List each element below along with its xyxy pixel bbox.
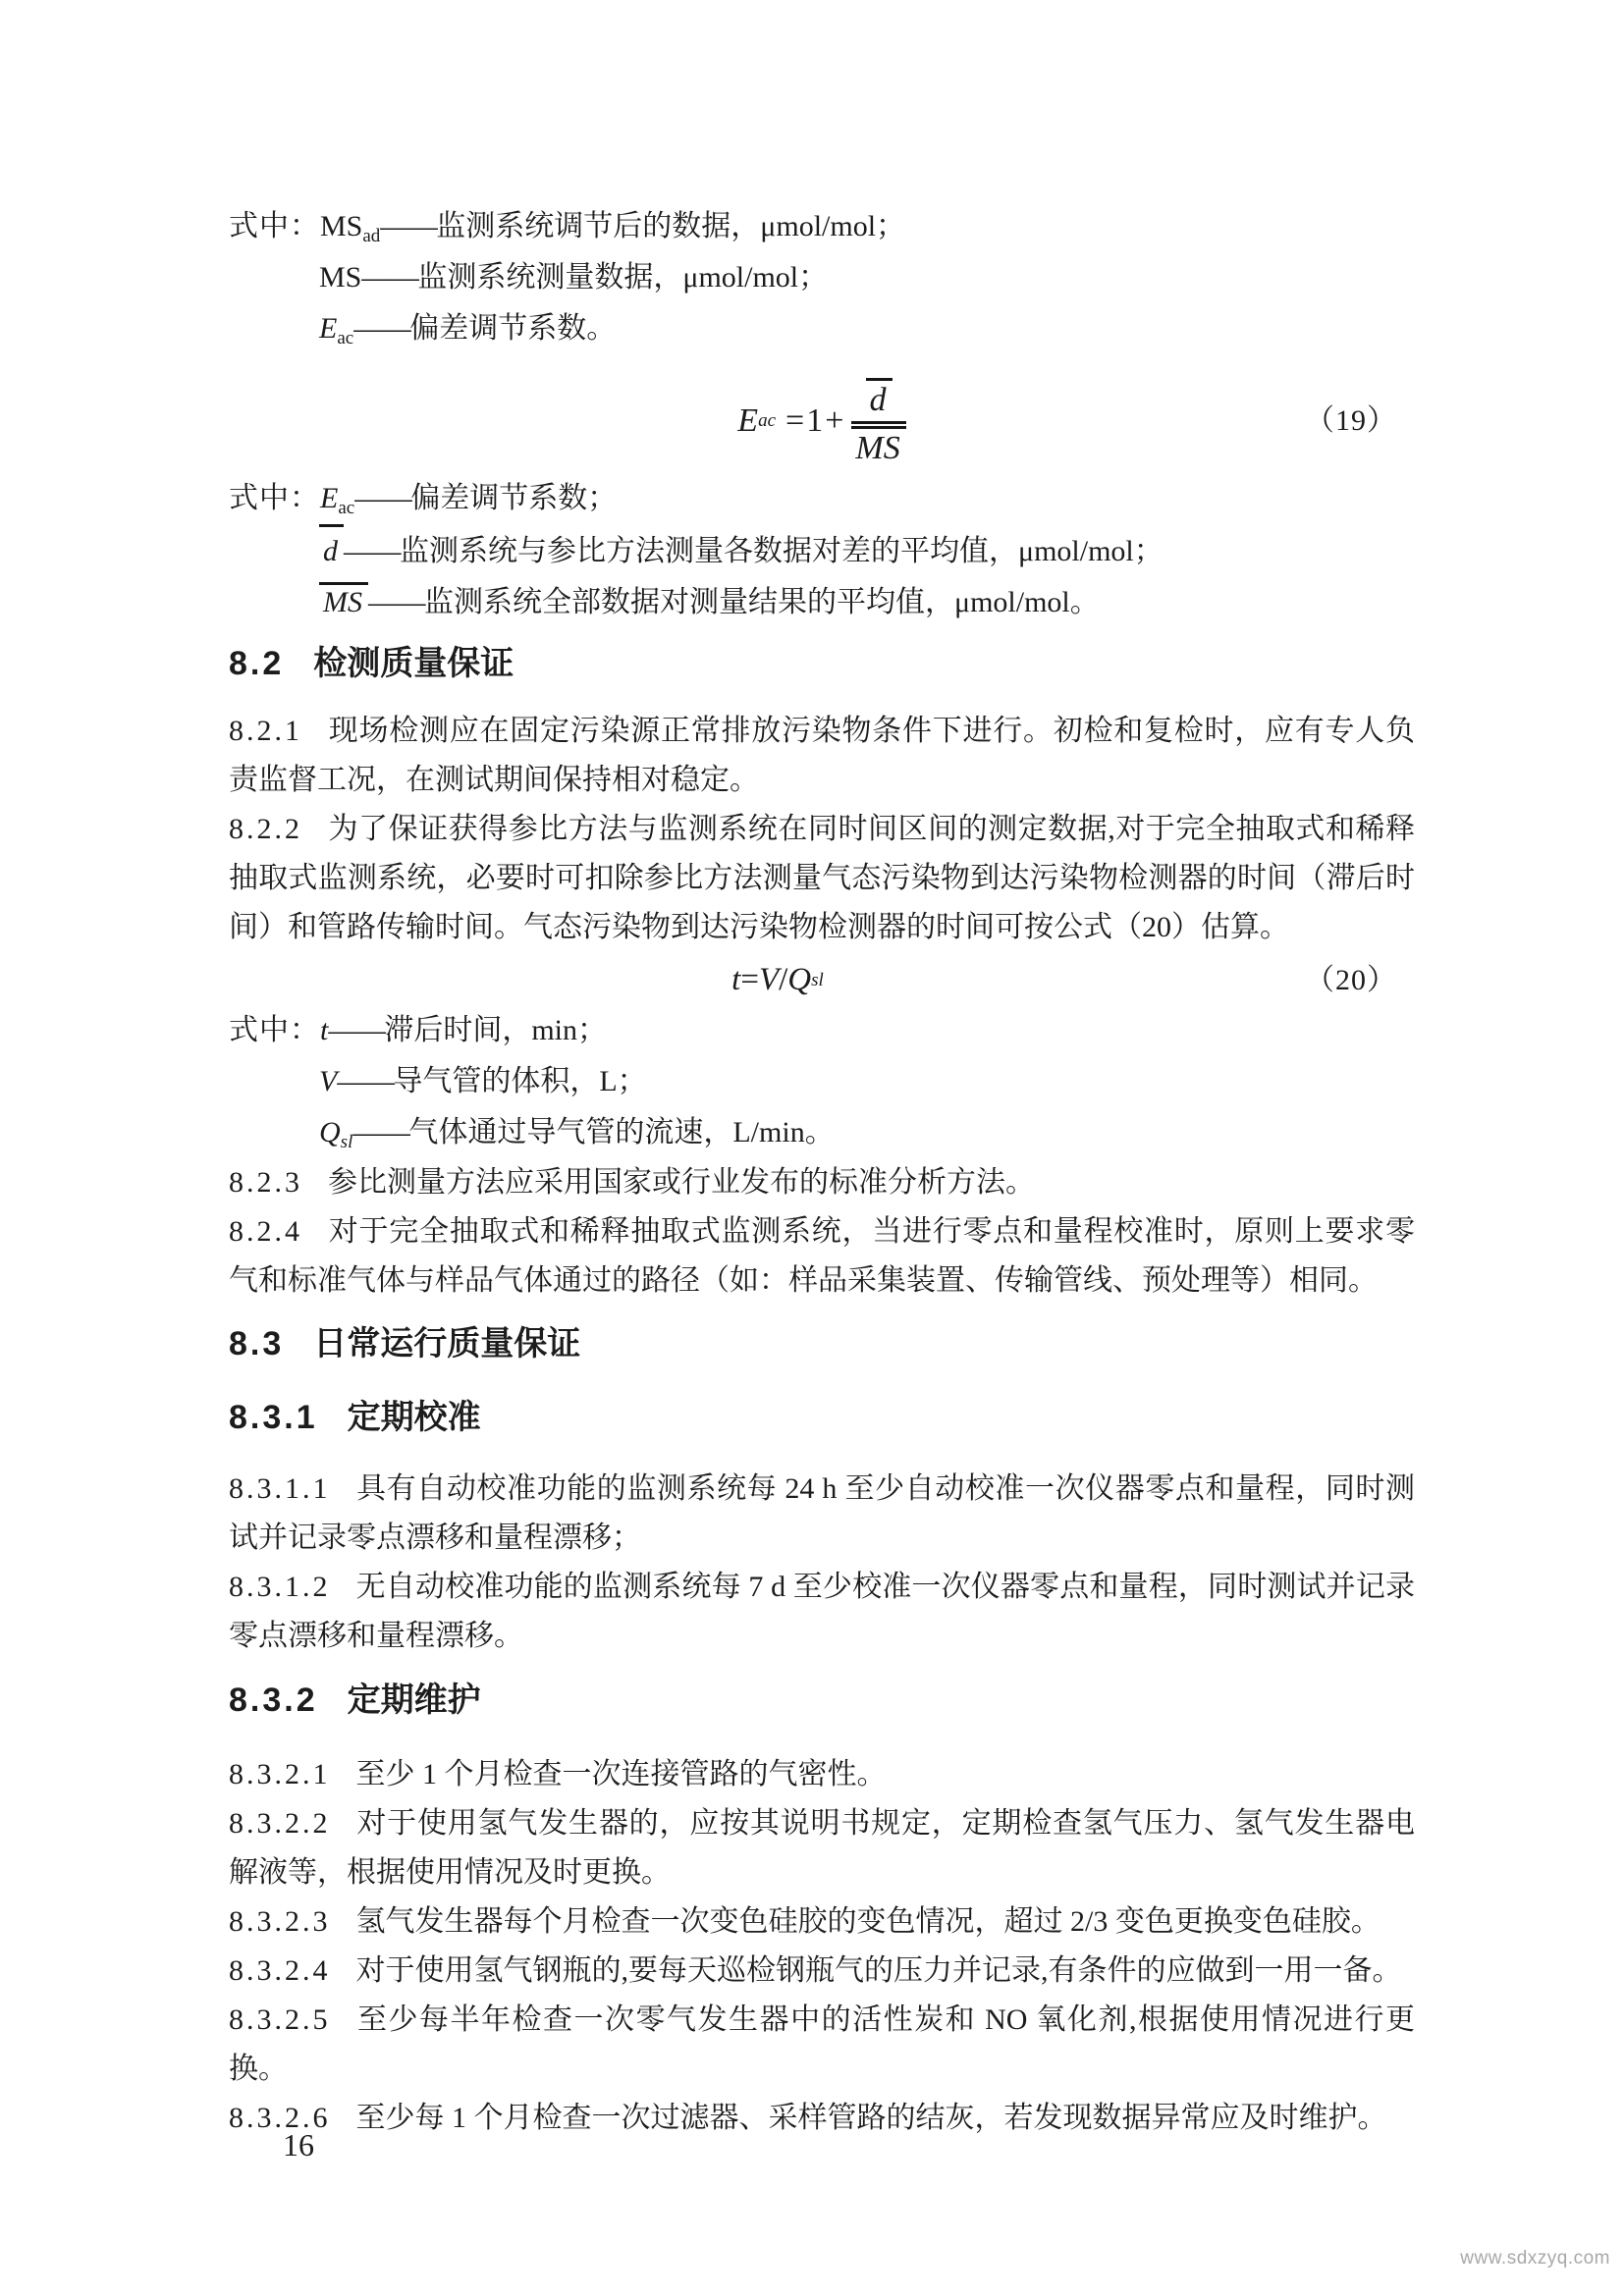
where-prefix: 式中： (229, 210, 320, 242)
definition-line: MS——监测系统全部数据对测量结果的平均值，μmol/mol。 (229, 577, 1415, 628)
definition-block-1: 式中：MSad——监测系统调节后的数据，μmol/mol； MS——监测系统测量… (229, 201, 1415, 354)
section-heading-8-3-1: 8.3.1定期校准 (229, 1392, 1415, 1443)
document-page: 式中：MSad——监测系统调节后的数据，μmol/mol； MS——监测系统测量… (0, 0, 1624, 2296)
definition-line: MS——监测系统测量数据，μmol/mol； (229, 252, 1415, 303)
term-symbol: MS (320, 210, 362, 242)
definition-line: V——导气管的体积，L； (229, 1056, 1415, 1107)
paragraph-8-3-2-3: 8.3.2.3氢气发生器每个月检查一次变色硅胶的变色情况，超过 2/3 变色更换… (229, 1897, 1415, 1947)
term-subscript: sl (341, 1132, 353, 1152)
clause-text: 对于完全抽取式和稀释抽取式监测系统，当进行零点和量程校准时，原则上要求零气和标准… (229, 1215, 1415, 1297)
variable-V: V (759, 964, 779, 996)
where-prefix: 式中： (229, 482, 320, 514)
clause-text: 氢气发生器每个月检查一次变色硅胶的变色情况，超过 2/3 变色更换变色硅胶。 (356, 1905, 1380, 1938)
section-title: 日常运行质量保证 (313, 1325, 580, 1362)
clause-number: 8.2.2 (229, 813, 302, 845)
definition-description: 监测系统调节后的数据，μmol/mol； (436, 210, 905, 242)
paragraph-8-3-2-1: 8.3.2.1至少 1 个月检查一次连接管路的气密性。 (229, 1750, 1415, 1799)
paragraph-8-3-2-6: 8.3.2.6至少每 1 个月检查一次过滤器、采样管路的结灰，若发现数据异常应及… (229, 2094, 1415, 2143)
section-title: 检测质量保证 (313, 645, 514, 682)
definition-line: d——监测系统与参比方法测量各数据对差的平均值，μmol/mol； (229, 524, 1415, 577)
clause-number: 8.3.1.1 (229, 1472, 331, 1505)
definition-description: 监测系统与参比方法测量各数据对差的平均值，μmol/mol； (400, 535, 1164, 567)
term-subscript: ad (362, 226, 380, 246)
equation-operator: =1+ (776, 404, 845, 438)
equation-20: t = V/Qsl (731, 964, 824, 996)
clause-text: 至少每半年检查一次零气发生器中的活性炭和 NO 氧化剂,根据使用情况进行更换。 (229, 2003, 1415, 2085)
clause-number: 8.3.2.4 (229, 1954, 331, 1987)
definition-description: 导气管的体积，L； (393, 1065, 646, 1097)
section-number: 8.2 (229, 645, 284, 682)
paragraph-8-3-2-2: 8.3.2.2对于使用氢气发生器的，应按其说明书规定，定期检查氢气压力、氢气发生… (229, 1799, 1415, 1897)
fraction-numerator: d (851, 376, 905, 424)
section-title: 定期校准 (348, 1399, 481, 1436)
variable-Q: Q (787, 964, 811, 996)
definition-description: 监测系统全部数据对测量结果的平均值，μmol/mol。 (424, 586, 1100, 618)
document-content: 式中：MSad——监测系统调节后的数据，μmol/mol； MS——监测系统测量… (229, 201, 1415, 2143)
definition-block-2: 式中：Eac——偏差调节系数； d——监测系统与参比方法测量各数据对差的平均值，… (229, 473, 1415, 628)
paragraph-8-2-4: 8.2.4对于完全抽取式和稀释抽取式监测系统，当进行零点和量程校准时，原则上要求… (229, 1207, 1415, 1306)
term-symbol: Q (319, 1116, 341, 1148)
term-symbol: E (319, 312, 337, 345)
equation-19: Eac=1+dMS (737, 376, 905, 465)
definition-description: 滞后时间，min； (384, 1014, 607, 1046)
term-symbol: V (319, 1065, 337, 1097)
section-number: 8.3.2 (229, 1682, 318, 1719)
clause-text: 参比测量方法应采用国家或行业发布的标准分析方法。 (328, 1166, 1035, 1199)
definition-line: 式中：Eac——偏差调节系数； (229, 473, 1415, 524)
dash: —— (380, 210, 436, 242)
clause-text: 现场检测应在固定污染源正常排放污染物条件下进行。初检和复检时，应有专人负责监督工… (229, 715, 1415, 796)
section-heading-8-2: 8.2检测质量保证 (229, 638, 1415, 689)
term-symbol-mean-d: d (319, 524, 344, 567)
display-formula-19: Eac=1+dMS （19） (229, 376, 1415, 465)
definition-line: 式中：MSad——监测系统调节后的数据，μmol/mol； (229, 201, 1415, 252)
variable-t: t (731, 964, 740, 996)
definition-block-3: 式中：t——滞后时间，min； V——导气管的体积，L； Qsl——气体通过导气… (229, 1005, 1415, 1158)
where-prefix: 式中： (229, 1014, 320, 1046)
clause-number: 8.2.3 (229, 1166, 302, 1199)
definition-description: 气体通过导气管的流速，L/min。 (408, 1116, 834, 1148)
fraction: dMS (851, 376, 905, 465)
dash: —— (361, 261, 417, 294)
clause-number: 8.2.1 (229, 715, 302, 747)
mean-MS-symbol: MS (851, 426, 905, 466)
clause-number: 8.3.2.6 (229, 2102, 331, 2134)
term-subscript: ac (338, 498, 354, 518)
dash: —— (353, 312, 409, 345)
paragraph-8-2-3: 8.2.3参比测量方法应采用国家或行业发布的标准分析方法。 (229, 1158, 1415, 1207)
clause-number: 8.3.2.2 (229, 1807, 331, 1840)
clause-text: 对于使用氢气发生器的，应按其说明书规定，定期检查氢气压力、氢气发生器电解液等，根… (229, 1807, 1415, 1889)
clause-text: 对于使用氢气钢瓶的,要每天巡检钢瓶气的压力并记录,有条件的应做到一用一备。 (356, 1954, 1402, 1987)
dash: —— (344, 535, 400, 567)
term-subscript: ac (337, 328, 353, 348)
clause-number: 8.3.2.5 (229, 2003, 331, 2036)
variable-Eac: E (737, 404, 758, 438)
definition-line: Qsl——气体通过导气管的流速，L/min。 (229, 1107, 1415, 1158)
page-number: 16 (283, 2120, 314, 2169)
term-symbol: E (320, 482, 338, 514)
watermark-url: www.sdxzyq.com (1460, 2248, 1610, 2269)
clause-number: 8.3.2.1 (229, 1758, 331, 1790)
section-heading-8-3-2: 8.3.2定期维护 (229, 1675, 1415, 1726)
formula-number-20: （20） (1305, 956, 1397, 1005)
definition-line: 式中：t——滞后时间，min； (229, 1005, 1415, 1056)
dash: —— (368, 586, 424, 618)
definition-description: 监测系统测量数据，μmol/mol； (417, 261, 828, 294)
definition-line: Eac——偏差调节系数。 (229, 303, 1415, 354)
term-symbol: MS (319, 261, 361, 294)
section-number: 8.3.1 (229, 1399, 318, 1436)
clause-text: 无自动校准功能的监测系统每 7 d 至少校准一次仪器零点和量程，同时测试并记录零… (229, 1571, 1415, 1652)
paragraph-8-3-1-1: 8.3.1.1具有自动校准功能的监测系统每 24 h 至少自动校准一次仪器零点和… (229, 1465, 1415, 1563)
dash: —— (328, 1014, 384, 1046)
fraction-denominator: MS (851, 424, 905, 466)
display-formula-20: t = V/Qsl （20） (229, 956, 1415, 1005)
term-symbol-mean-MS: MS (319, 582, 368, 618)
section-number: 8.3 (229, 1325, 284, 1362)
clause-text: 至少 1 个月检查一次连接管路的气密性。 (356, 1758, 887, 1790)
paragraph-8-3-1-2: 8.3.1.2无自动校准功能的监测系统每 7 d 至少校准一次仪器零点和量程，同… (229, 1563, 1415, 1661)
clause-number: 8.3.2.3 (229, 1905, 331, 1938)
dash: —— (354, 482, 410, 514)
divide-slash: / (779, 964, 787, 996)
clause-text: 具有自动校准功能的监测系统每 24 h 至少自动校准一次仪器零点和量程，同时测试… (229, 1472, 1415, 1554)
definition-description: 偏差调节系数； (410, 482, 617, 514)
formula-number-19: （19） (1305, 397, 1397, 446)
dash: —— (337, 1065, 393, 1097)
paragraph-8-2-2: 8.2.2为了保证获得参比方法与监测系统在同时间区间的测定数据,对于完全抽取式和… (229, 805, 1415, 952)
paragraph-8-3-2-4: 8.3.2.4对于使用氢气钢瓶的,要每天巡检钢瓶气的压力并记录,有条件的应做到一… (229, 1947, 1415, 1996)
section-title: 定期维护 (348, 1682, 481, 1719)
section-heading-8-3: 8.3日常运行质量保证 (229, 1318, 1415, 1369)
equals-sign: = (740, 964, 759, 996)
paragraph-8-2-1: 8.2.1现场检测应在固定污染源正常排放污染物条件下进行。初检和复检时，应有专人… (229, 707, 1415, 805)
definition-description: 偏差调节系数。 (409, 312, 616, 345)
dash: —— (352, 1116, 408, 1148)
clause-number: 8.3.1.2 (229, 1571, 331, 1603)
clause-text: 为了保证获得参比方法与监测系统在同时间区间的测定数据,对于完全抽取式和稀释抽取式… (229, 813, 1415, 943)
clause-number: 8.2.4 (229, 1215, 302, 1248)
paragraph-8-3-2-5: 8.3.2.5至少每半年检查一次零气发生器中的活性炭和 NO 氧化剂,根据使用情… (229, 1996, 1415, 2094)
mean-d-symbol: d (866, 378, 893, 418)
clause-text: 至少每 1 个月检查一次过滤器、采样管路的结灰，若发现数据异常应及时维护。 (356, 2102, 1387, 2134)
